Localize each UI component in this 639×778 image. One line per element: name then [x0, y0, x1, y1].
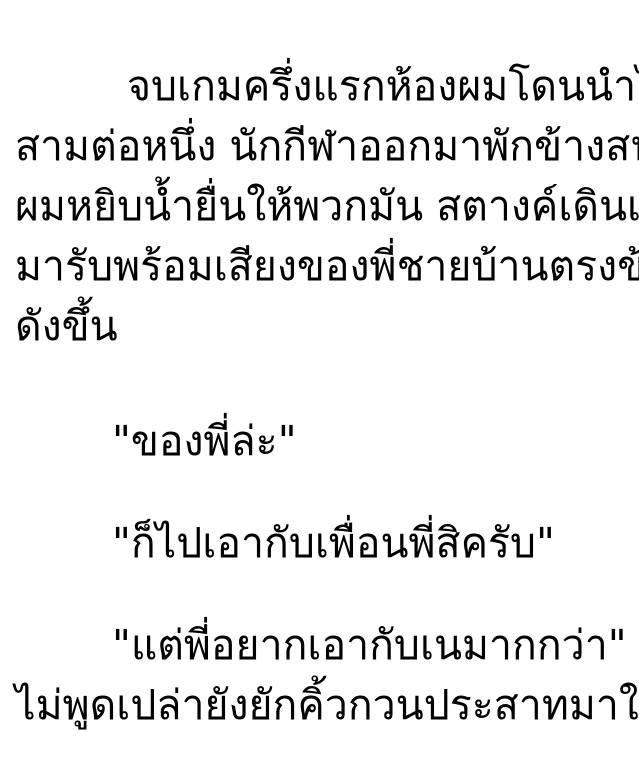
story-line: ไม่พูดเปล่ายังยักคิ้วกวนประสาทมาให้	[15, 675, 631, 735]
story-page: จบเกมครึ่งแรกห้องผมโดนนำไป สามต่อหนึ่ง น…	[0, 0, 639, 778]
paragraph-narration: จบเกมครึ่งแรกห้องผมโดนนำไป สามต่อหนึ่ง น…	[15, 56, 631, 356]
story-line: ดังขึ้น	[15, 296, 631, 356]
paragraph-dialogue-3: "แต่พี่อยากเอากับเนมากกว่า" ไม่พูดเปล่าย…	[15, 615, 631, 735]
story-line: สามต่อหนึ่ง นักกีฬาออกมาพักข้างสนาม	[15, 116, 631, 176]
dialogue-line: "ของพี่ล่ะ"	[15, 411, 631, 471]
paragraph-dialogue-2: "ก็ไปเอากับเพื่อนพี่สิครับ"	[15, 513, 631, 573]
dialogue-line: "ก็ไปเอากับเพื่อนพี่สิครับ"	[15, 513, 631, 573]
story-line: มารับพร้อมเสียงของพี่ชายบ้านตรงข้าม	[15, 236, 631, 296]
story-line: ผมหยิบน้ำยื่นให้พวกมัน สตางค์เดินเข้า	[15, 176, 631, 236]
paragraph-dialogue-1: "ของพี่ล่ะ"	[15, 411, 631, 471]
story-line: จบเกมครึ่งแรกห้องผมโดนนำไป	[15, 56, 631, 116]
dialogue-line: "แต่พี่อยากเอากับเนมากกว่า"	[15, 615, 631, 675]
